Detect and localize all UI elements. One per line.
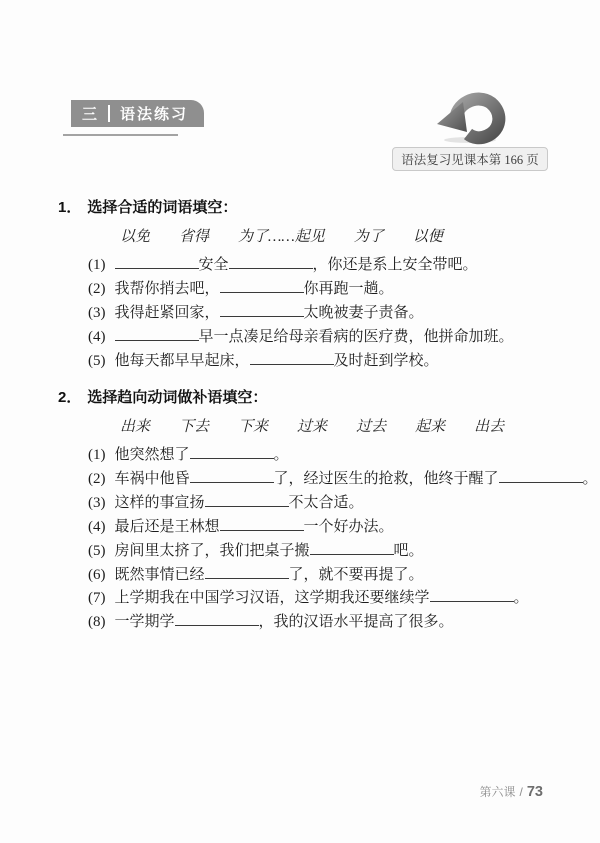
exercise-number: 2． xyxy=(58,389,81,406)
word-bank-item: 下来 xyxy=(238,415,268,439)
item-text: 及时赶到学校。 xyxy=(334,353,439,369)
exercise-2: 2．选择趋向动词做补语填空：出来下去下来过来过去起来出去(1)他突然想了。(2)… xyxy=(58,386,570,635)
fill-in-blank xyxy=(205,493,289,507)
fill-in-blank xyxy=(220,279,304,293)
item-number: (3) xyxy=(88,305,106,321)
item-text: 这样的事宣扬 xyxy=(115,495,205,511)
item-number: (2) xyxy=(88,281,106,297)
word-bank-item: 为了 xyxy=(354,225,384,249)
exercise-1: 1．选择合适的词语填空：以免省得为了……起见为了以便(1)安全，你还是系上安全带… xyxy=(58,196,570,374)
exercise-item: (5)他每天都早早起床，及时赶到学校。 xyxy=(88,350,570,374)
item-text: 早一点凑足给母亲看病的医疗费，他拼命加班。 xyxy=(199,329,514,345)
item-text: ，我的汉语水平提高了很多。 xyxy=(259,614,454,630)
item-number: (8) xyxy=(88,614,106,630)
word-bank-item: 过去 xyxy=(356,415,386,439)
word-bank-item: 出去 xyxy=(474,415,504,439)
word-bank-item: 出来 xyxy=(120,415,150,439)
item-text: 一学期学 xyxy=(115,614,175,630)
fill-in-blank xyxy=(220,303,304,317)
word-bank-item: 起来 xyxy=(415,415,445,439)
item-number: (5) xyxy=(88,353,106,369)
exercise-item: (4)最后还是王林想一个好办法。 xyxy=(88,516,570,540)
item-text: 我帮你捎去吧， xyxy=(115,281,220,297)
item-text: ，你还是系上安全带吧。 xyxy=(313,257,478,273)
page-footer: 第六课 / 73 xyxy=(480,783,544,800)
item-text: 上学期我在中国学习汉语，这学期我还要继续学 xyxy=(115,590,430,606)
item-text: 车祸中他昏 xyxy=(115,471,190,487)
fill-in-blank xyxy=(430,588,514,602)
item-text: 了，经过医生的抢救，他终于醒了 xyxy=(274,471,499,487)
fill-in-blank xyxy=(190,445,274,459)
exercise-number: 1． xyxy=(58,199,81,216)
word-bank-item: 过来 xyxy=(297,415,327,439)
item-number: (6) xyxy=(88,567,106,583)
exercise-title-text: 选择趋向动词做补语填空： xyxy=(87,389,267,406)
word-bank-item: 以便 xyxy=(413,225,443,249)
word-bank-item: 下去 xyxy=(179,415,209,439)
exercise-item: (8)一学期学，我的汉语水平提高了很多。 xyxy=(88,611,570,635)
item-text: 不太合适。 xyxy=(289,495,364,511)
exercise-item: (3)这样的事宣扬不太合适。 xyxy=(88,492,570,516)
item-number: (2) xyxy=(88,471,106,487)
exercise-title: 1．选择合适的词语填空： xyxy=(58,196,570,220)
badge-divider xyxy=(108,105,110,122)
fill-in-blank xyxy=(250,351,334,365)
item-text: 他突然想了 xyxy=(115,447,190,463)
item-text: 你再跑一趟。 xyxy=(304,281,394,297)
word-bank: 出来下去下来过来过去起来出去 xyxy=(120,415,570,439)
word-bank-item: 省得 xyxy=(179,225,209,249)
section-number: 三 xyxy=(82,103,108,124)
item-text: 一个好办法。 xyxy=(304,519,394,535)
fill-in-blank xyxy=(310,541,394,555)
word-bank-item: 以免 xyxy=(120,225,150,249)
item-number: (4) xyxy=(88,519,106,535)
undo-arrow-icon xyxy=(390,86,550,146)
item-number: (7) xyxy=(88,590,106,606)
item-text: 安全 xyxy=(199,257,229,273)
grammar-reference: 语法复习见课本第 166 页 xyxy=(390,86,550,171)
footer-separator: / xyxy=(520,785,523,799)
item-text: 房间里太挤了，我们把桌子搬 xyxy=(115,543,310,559)
reference-note: 语法复习见课本第 166 页 xyxy=(392,147,548,171)
fill-in-blank xyxy=(190,469,274,483)
exercise-title: 2．选择趋向动词做补语填空： xyxy=(58,386,570,410)
section-badge: 三 语法练习 xyxy=(71,100,204,127)
exercise-item: (5)房间里太挤了，我们把桌子搬吧。 xyxy=(88,540,570,564)
item-number: (5) xyxy=(88,543,106,559)
item-number: (3) xyxy=(88,495,106,511)
fill-in-blank xyxy=(175,612,259,626)
exercise-item: (1)他突然想了。 xyxy=(88,444,570,468)
item-text: 他每天都早早起床， xyxy=(115,353,250,369)
item-number: (4) xyxy=(88,329,106,345)
item-number: (1) xyxy=(88,257,106,273)
exercise-item: (4)早一点凑足给母亲看病的医疗费，他拼命加班。 xyxy=(88,326,570,350)
fill-in-blank xyxy=(220,517,304,531)
item-text: 最后还是王林想 xyxy=(115,519,220,535)
lesson-label: 第六课 xyxy=(480,783,516,800)
exercise-item: (1)安全，你还是系上安全带吧。 xyxy=(88,254,570,278)
fill-in-blank xyxy=(205,565,289,579)
exercise-item: (2)我帮你捎去吧，你再跑一趟。 xyxy=(88,278,570,302)
item-text: 。 xyxy=(274,447,289,463)
item-text: 太晚被妻子责备。 xyxy=(304,305,424,321)
exercise-item: (3)我得赶紧回家，太晚被妻子责备。 xyxy=(88,302,570,326)
word-bank-item: 为了……起见 xyxy=(238,225,325,249)
item-text: 了，就不要再提了。 xyxy=(289,567,424,583)
exercise-title-text: 选择合适的词语填空： xyxy=(87,199,237,216)
exercise-item: (7)上学期我在中国学习汉语，这学期我还要继续学。 xyxy=(88,587,570,611)
item-text: 既然事情已经 xyxy=(115,567,205,583)
item-text: 吧。 xyxy=(394,543,424,559)
item-number: (1) xyxy=(88,447,106,463)
item-text: 我得赶紧回家， xyxy=(115,305,220,321)
section-title: 语法练习 xyxy=(120,103,188,124)
badge-underline xyxy=(63,134,178,136)
exercise-item: (6)既然事情已经了，就不要再提了。 xyxy=(88,564,570,588)
item-text: 。 xyxy=(583,471,598,487)
item-text: 。 xyxy=(514,590,529,606)
textbook-page: 三 语法练习 语法复习见课本第 166 页 1．选择合适的词语填空：以免省得为了… xyxy=(0,0,600,843)
exercise-item: (2)车祸中他昏了，经过医生的抢救，他终于醒了。 xyxy=(88,468,570,492)
fill-in-blank xyxy=(115,327,199,341)
fill-in-blank xyxy=(229,255,313,269)
word-bank: 以免省得为了……起见为了以便 xyxy=(120,225,570,249)
page-number: 73 xyxy=(527,784,543,800)
fill-in-blank xyxy=(115,255,199,269)
fill-in-blank xyxy=(499,469,583,483)
